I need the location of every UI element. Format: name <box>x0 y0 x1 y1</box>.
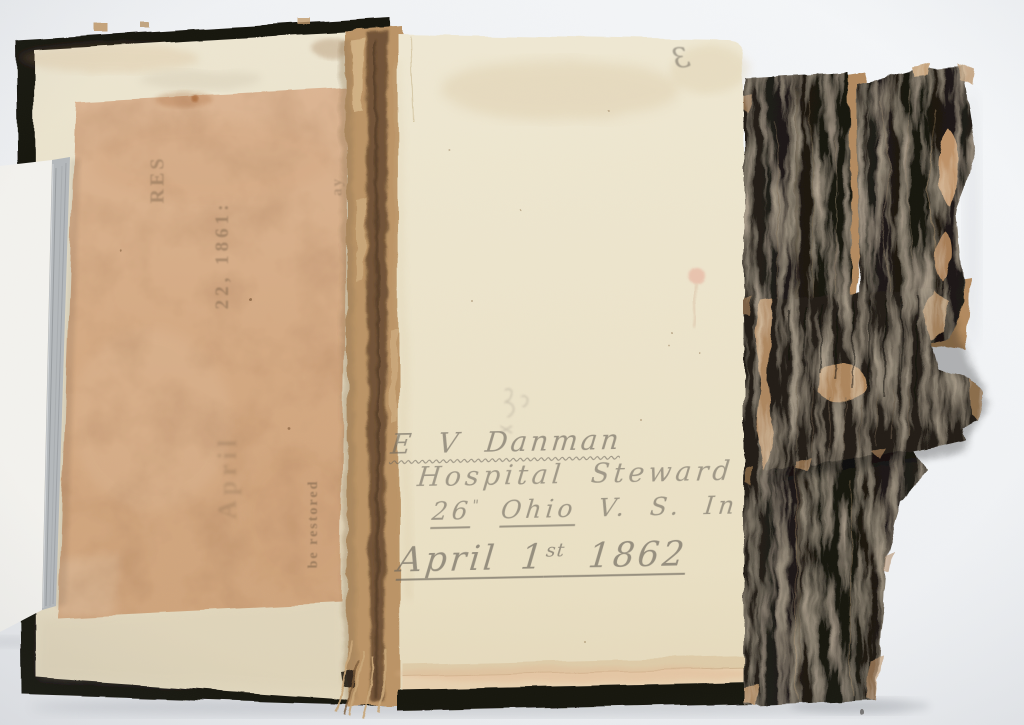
label-fragment-edge: ay <box>330 171 347 203</box>
label-fragment-restored: be restored <box>306 449 322 599</box>
inscription-rank: Hospital Steward <box>382 455 775 494</box>
label-fragment-april: April <box>213 419 243 535</box>
inscription-regiment: 26" Ohio V. S. In <box>383 490 776 527</box>
pencil-inscription: E V Danman Hospital Steward 26" Ohio V. … <box>380 420 773 581</box>
label-fragment-res: RES <box>147 140 170 220</box>
inscription-owner-name: E V Danman <box>381 420 774 461</box>
label-fragment-date: 22, 1861: <box>212 135 234 375</box>
diary-artwork <box>0 0 1024 725</box>
photo-civil-war-diary: 3 RES 22, 1861: April be restored ay E V… <box>0 0 1024 725</box>
vignette <box>0 0 1024 725</box>
inscription-date: April 1st 1862 <box>384 533 778 581</box>
